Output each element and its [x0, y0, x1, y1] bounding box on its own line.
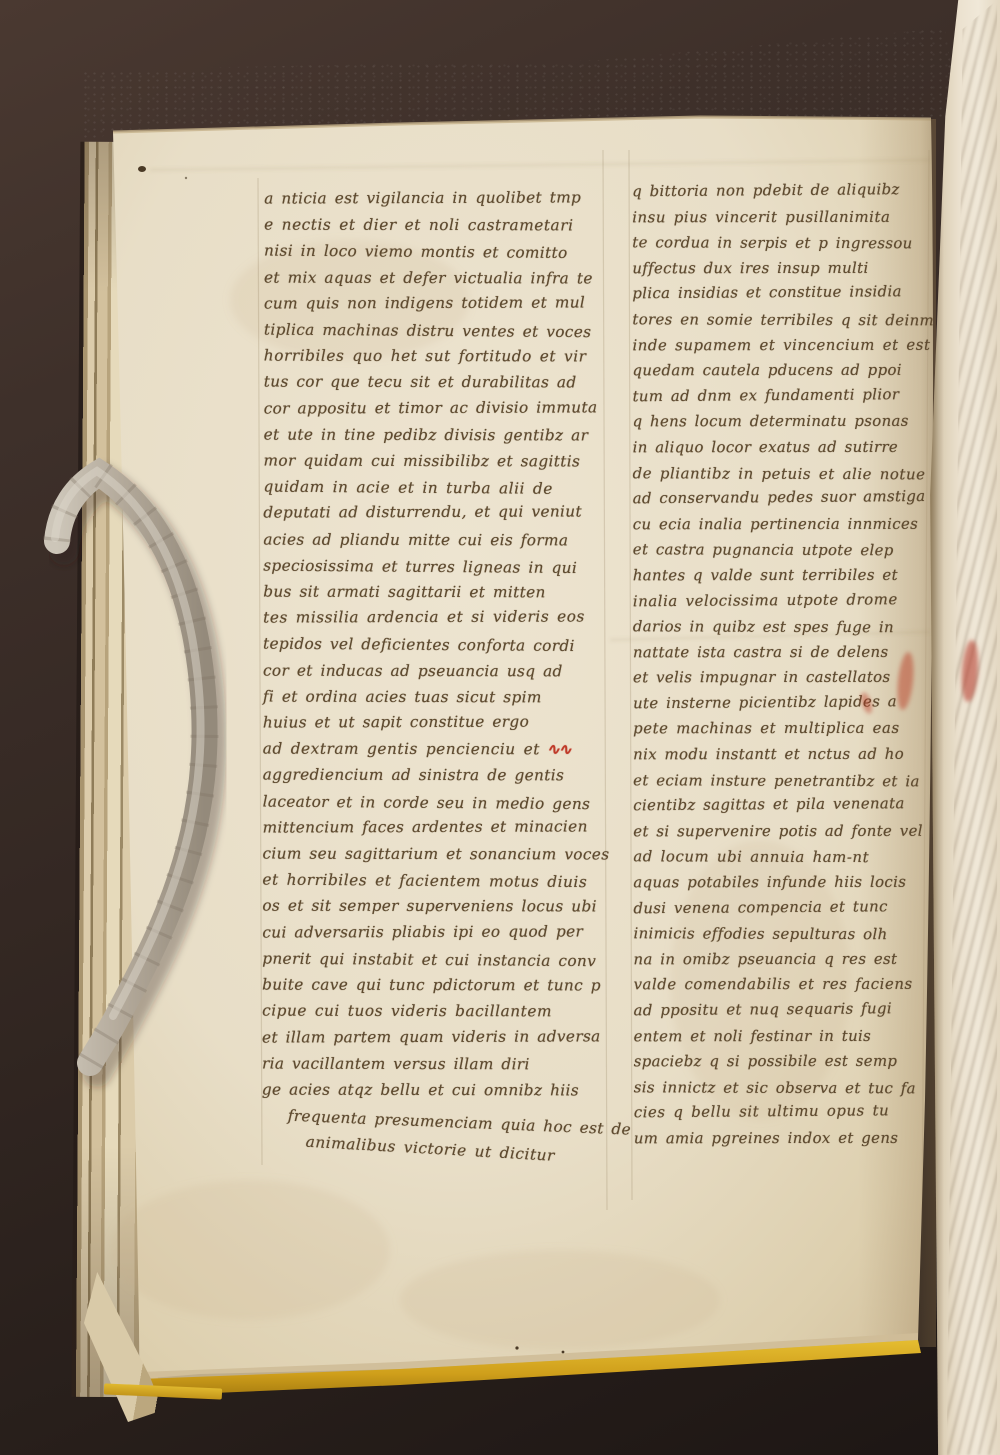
text-line: et illam partem quam videris in adversa — [262, 1023, 614, 1050]
text-line: bus sit armati sagittarii et mitten — [263, 579, 615, 606]
text-line: valde comendabilis et res faciens — [634, 972, 942, 998]
text-line: aquas potabiles infunde hiis locis — [633, 870, 941, 896]
text-line: tus cor que tecu sit et durabilitas ad — [264, 369, 616, 396]
text-line: cor appositu et timor ac divisio immuta — [264, 394, 616, 421]
text-line: tiplica machinas distru ventes et voces — [264, 317, 616, 346]
text-line: et castra pugnancia utpote elep — [633, 538, 941, 565]
text-line: uffectus dux ires insup multi — [632, 256, 940, 282]
text-line: et mix aquas et defer victualia infra te — [264, 264, 616, 291]
text-line: et horribiles et facientem motus diuis — [262, 867, 614, 896]
text-line: a nticia est vigilancia in quolibet tmp — [264, 184, 616, 211]
text-line: tes missilia ardencia et si videris eos — [263, 604, 615, 631]
text-line: um amia pgreines indox et gens — [634, 1126, 942, 1152]
text-column-left: a nticia est vigilancia in quolibet tmpe… — [262, 186, 617, 1156]
text-line: horribiles quo het sut fortitudo et vir — [264, 343, 616, 370]
text-line: et si supervenire potis ad fonte vel — [633, 819, 941, 845]
text-line: te cordua in serpis et p ingressou — [632, 230, 940, 257]
text-line: q hens locum determinatu psonas — [633, 409, 941, 435]
text-line: ad conservandu pedes suor amstiga — [633, 484, 941, 512]
text-line: quedam cautela pducens ad ppoi — [632, 358, 940, 384]
text-line: inimicis effodies sepulturas olh — [633, 921, 941, 948]
text-line: tum ad dnm ex fundamenti plior — [632, 382, 940, 410]
text-line: pnerit qui instabit et cui instancia con… — [262, 945, 614, 974]
text-line: cies q bellu sit ultimu opus tu — [634, 1098, 942, 1126]
text-line: inde supamem et vincencium et est — [632, 332, 940, 358]
text-line: fi et ordina acies tuas sicut spim — [263, 683, 615, 710]
text-line: entem et noli festinar in tuis — [634, 1023, 942, 1049]
text-line: cium seu sagittarium et sonancium voces — [262, 841, 614, 868]
text-line: hantes q valde sunt terribiles et — [633, 563, 941, 589]
text-line: tores en somie terribiles q sit deinm — [632, 307, 940, 334]
text-line: cu ecia inalia pertinencia innmices — [633, 511, 941, 537]
text-line: ad locum ubi annuia ham-nt — [633, 845, 941, 872]
text-line: tepidos vel deficientes conforta cordi — [263, 631, 615, 660]
text-line: inalia velocissima utpote drome — [633, 586, 941, 614]
text-line: q bittoria non pdebit de aliquibz — [632, 177, 940, 205]
text-line: e nectis et dier et noli castrametari — [264, 212, 616, 239]
text-line: ge acies atqz bellu et cui omnibz hiis — [262, 1076, 614, 1103]
text-line: cum quis non indigens totidem et mul — [264, 289, 616, 316]
text-line: darios in quibz est spes fuge in — [633, 614, 941, 641]
text-line: pete machinas et multiplica eas — [633, 716, 941, 742]
text-line: nisi in loco viemo montis et comitto — [264, 238, 616, 267]
text-line: cientibz sagittas et pila venenata — [633, 791, 941, 819]
text-line: plica insidias et constitue insidia — [632, 279, 940, 307]
text-line: os et sit semper superveniens locus ubi — [262, 893, 614, 920]
text-line: ad ppositu et nuq sequaris fugi — [634, 996, 942, 1024]
text-line: nattate ista castra si de delens — [633, 639, 941, 665]
text-line: aggrediencium ad sinistra de gentis — [263, 762, 615, 789]
text-line: nix modu instantt et nctus ad ho — [633, 742, 941, 768]
text-line: huius et ut sapit constitue ergo — [263, 708, 615, 735]
text-line: mittencium faces ardentes et minacien — [263, 813, 615, 840]
red-flourish-mark: ∿∿ — [540, 741, 571, 759]
text-line: cui adversariis pliabis ipi eo quod per — [262, 918, 614, 945]
text-line: insu pius vincerit pusillanimita — [632, 204, 940, 230]
text-line: speciosissima et turres ligneas in qui — [263, 552, 615, 581]
text-line: cipue cui tuos videris bacillantem — [262, 998, 614, 1025]
manuscript-photo: a nticia est vigilancia in quolibet tmpe… — [0, 0, 1000, 1455]
text-line: ad dextram gentis pencienciu et ∿∿ — [263, 736, 615, 763]
text-line: in aliquo locor exatus ad sutirre — [633, 435, 941, 461]
text-line: et velis impugnar in castellatos — [633, 665, 941, 691]
text-line: acies ad pliandu mitte cui eis forma — [263, 526, 615, 553]
text-line: na in omibz pseuancia q res est — [633, 947, 941, 973]
text-line: ria vacillantem versus illam diri — [262, 1050, 614, 1077]
text-line: dusi venena compencia et tunc — [633, 893, 941, 921]
text-line: ute insterne picientibz lapides a — [633, 689, 941, 717]
text-line: mor quidam cui missibilibz et sagittis — [264, 448, 616, 475]
text-column-right: q bittoria non pdebit de aliquibzinsu pi… — [632, 179, 942, 1152]
text-line: cor et inducas ad pseuancia usq ad — [263, 657, 615, 684]
text-line: deputati ad disturrendu, et qui veniut — [263, 499, 615, 526]
text-line: et ute in tine pedibz divisis gentibz ar — [264, 421, 616, 448]
text-line: spaciebz q si possibile est semp — [634, 1049, 942, 1075]
text-line: buite cave qui tunc pdictorum et tunc p — [262, 972, 614, 999]
